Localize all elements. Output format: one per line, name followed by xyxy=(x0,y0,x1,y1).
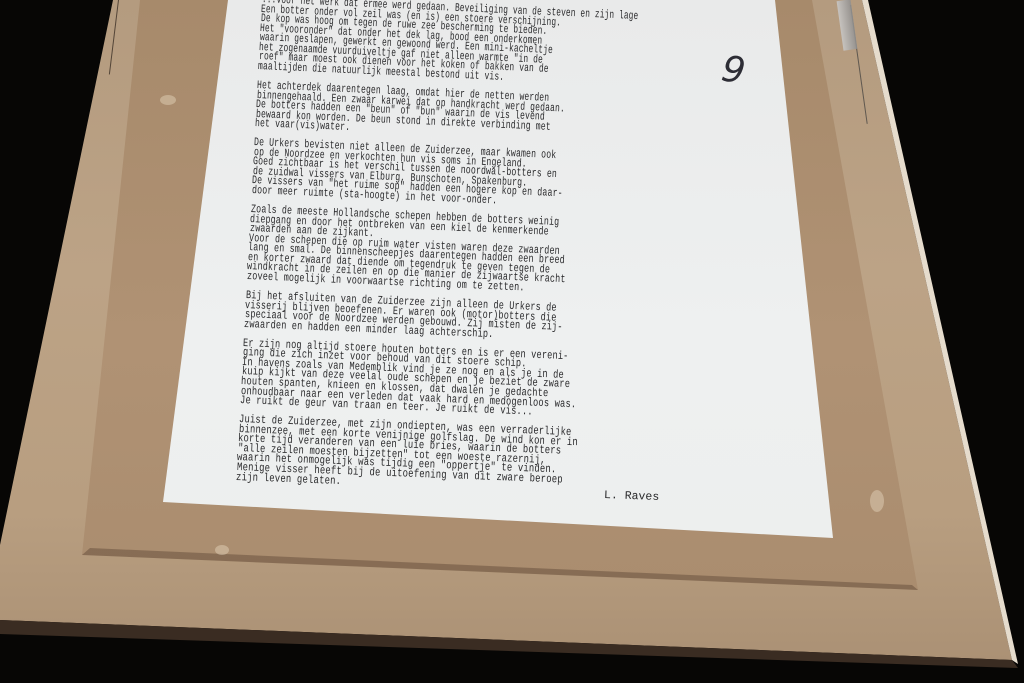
scuff-mark xyxy=(870,490,884,512)
scuff-mark xyxy=(160,95,176,105)
text-line: het vaar(vis)water. xyxy=(255,118,351,134)
framed-document-photo: ...voor het werk dat ermee werd gedaan. … xyxy=(0,0,1024,683)
author-signature: L. Raves xyxy=(604,489,660,504)
text-line: zijn leven gelaten. xyxy=(236,472,342,488)
scuff-mark xyxy=(215,545,229,555)
